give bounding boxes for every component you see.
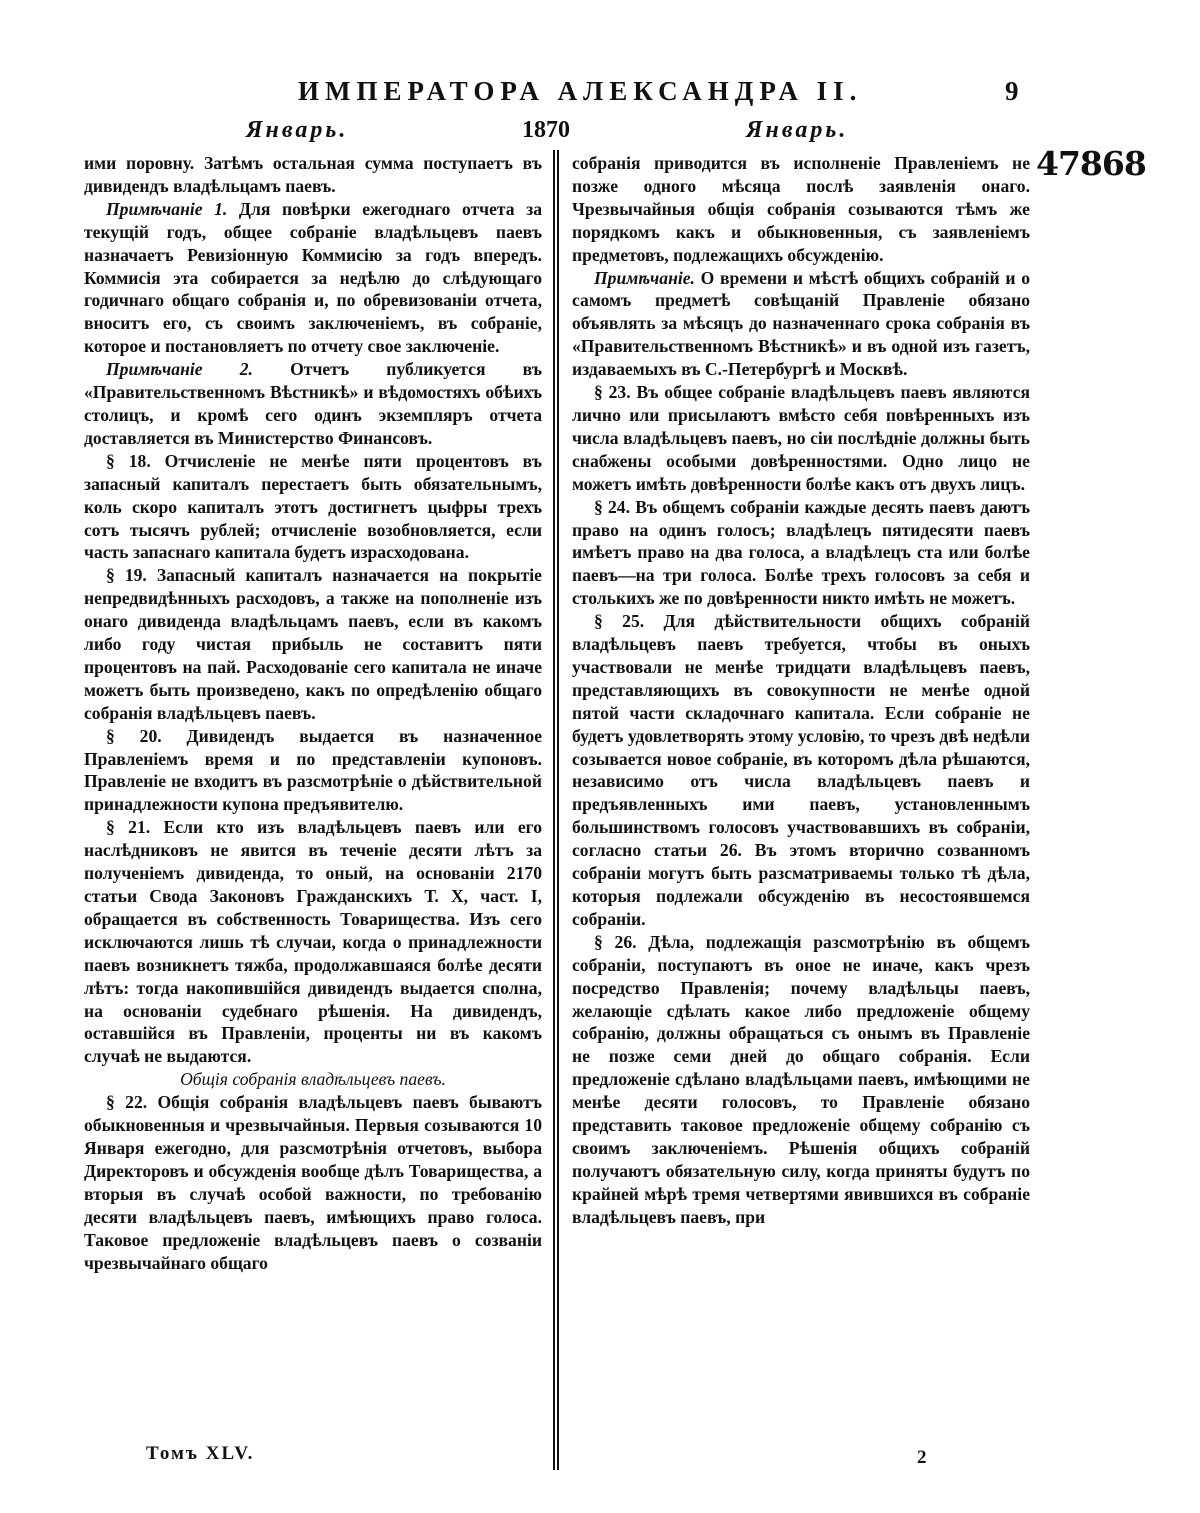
section-number: § 24. xyxy=(594,497,630,517)
paragraph-continuation: ими поровну. Затѣмъ остальная сумма пост… xyxy=(84,152,542,198)
section-24: § 24. Въ общемъ собраніи каждые десять п… xyxy=(572,496,1030,611)
section-number: § 26. xyxy=(594,932,637,952)
section-20: § 20. Дивидендъ выдается въ назначенное … xyxy=(84,725,542,817)
paragraph-continuation: собранія приводится въ исполненіе Правле… xyxy=(572,152,1030,267)
law-number: 47868 xyxy=(1036,144,1146,183)
section-number: § 21. xyxy=(106,817,150,837)
column-divider xyxy=(553,150,559,1470)
section-25: § 25. Для дѣйствительности общихъ собран… xyxy=(572,610,1030,931)
year: 1870 xyxy=(522,117,570,144)
subheading-general-meetings: Общія собранія владѣльцевъ паевъ. xyxy=(84,1068,542,1091)
section-18: § 18. Отчисленіе не менѣе пяти процентов… xyxy=(84,450,542,565)
section-26: § 26. Дѣла, подлежащія разсмотрѣнію въ о… xyxy=(572,931,1030,1229)
note-label: Примѣчаніе 1. xyxy=(106,199,227,219)
right-column: собранія приводится въ исполненіе Правле… xyxy=(572,152,1030,1229)
section-22: § 22. Общія собранія владѣльцевъ паевъ б… xyxy=(84,1091,542,1274)
note-label: Примѣчаніе. xyxy=(594,268,695,288)
date-line: Январь. 1870 Январь. xyxy=(0,117,1200,151)
volume-signature: Томъ XLV. xyxy=(146,1443,254,1465)
page-number: 9 xyxy=(1005,76,1019,107)
month-left: Январь. xyxy=(246,117,348,144)
note: Примѣчаніе. О времени и мѣстѣ общихъ соб… xyxy=(572,267,1030,382)
sheet-number: 2 xyxy=(917,1447,927,1469)
note-1: Примѣчаніе 1. Для повѣрки ежегоднаго отч… xyxy=(84,198,542,358)
note-2: Примѣчаніе 2. Отчетъ публикуется въ «Пра… xyxy=(84,358,542,450)
section-number: § 25. xyxy=(594,611,644,631)
section-number: § 19. xyxy=(106,565,147,585)
section-number: § 20. xyxy=(106,726,162,746)
section-21: § 21. Если кто изъ владѣльцевъ паевъ или… xyxy=(84,816,542,1068)
page-title: ИМПЕРАТОРА АЛЕКСАНДРА II. xyxy=(298,76,862,107)
section-number: § 23. xyxy=(594,382,631,402)
section-23: § 23. Въ общее собраніе владѣльцевъ паев… xyxy=(572,381,1030,496)
running-head: ИМПЕРАТОРА АЛЕКСАНДРА II. 9 xyxy=(0,76,1200,116)
left-column: ими поровну. Затѣмъ остальная сумма пост… xyxy=(84,152,542,1274)
section-number: § 22. xyxy=(106,1092,147,1112)
section-19: § 19. Запасный капиталъ назначается на п… xyxy=(84,564,542,724)
month-right: Январь. xyxy=(746,117,848,144)
note-label: Примѣчаніе 2. xyxy=(106,359,253,379)
section-number: § 18. xyxy=(106,451,151,471)
